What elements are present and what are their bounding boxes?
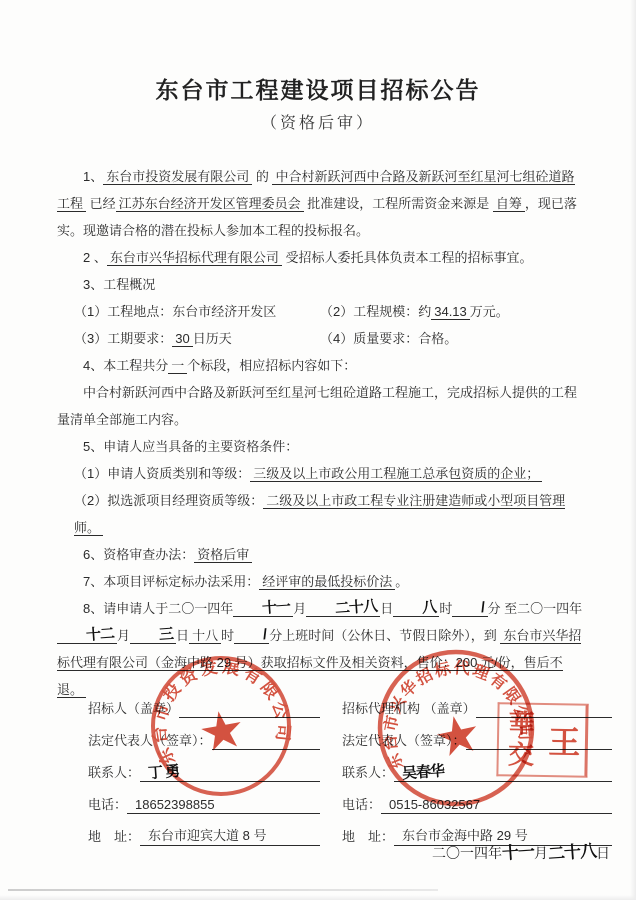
p8-text: 时 <box>221 628 234 643</box>
duration-value-fill: 30 <box>172 331 192 347</box>
p1-text: 已经 <box>86 196 116 211</box>
bidder-phone-label: 电话： <box>88 794 127 814</box>
handwritten-date-day: 二十八 <box>547 842 596 862</box>
name-seal-char: 交 <box>508 739 535 770</box>
project-duration: （3）工期要求：30日历天 <box>74 325 320 352</box>
location-label: （1）工程地点： <box>74 304 172 319</box>
handwritten-hour: 八 <box>396 600 437 618</box>
location-value: 东台市经济开发区 <box>172 304 276 319</box>
date-month-unit: 月 <box>534 845 548 861</box>
bidder-address-label: 地 址： <box>88 826 140 846</box>
scan-edge-shadow <box>0 895 636 900</box>
page-subtitle: （资格后审） <box>0 110 636 133</box>
p2-text: 受招标人委托具体负责本工程的招标事宜。 <box>282 250 533 265</box>
p8-text: 月 <box>293 601 306 616</box>
p4-text: 4、本工程共分 <box>83 358 168 373</box>
bidder-address-value: 东台市迎宾大道 8 号 <box>140 825 320 846</box>
handwritten-day: 二十八 <box>309 599 378 619</box>
personal-name-seal: 華 交 王 <box>496 702 588 778</box>
handwritten-minute: / <box>455 600 485 617</box>
end-month-fill: 十二 <box>57 628 117 644</box>
date-year: 二〇一四年 <box>432 845 502 861</box>
scale-value-fill: 34.13 <box>431 304 470 320</box>
p8-text: 8、请申请人于二〇一四年 <box>83 601 233 616</box>
scale-unit: 万元。 <box>470 304 509 319</box>
p8-text: 日 <box>380 601 393 616</box>
bidder-address-row: 地 址：东台市迎宾大道 8 号 <box>88 814 320 846</box>
paragraph-1: 1、东台市投资发展有限公司 的 中合村新跃河西中合路及新跃河至红星河七组砼道路工… <box>57 163 583 244</box>
quality-label: （4）质量要求： <box>320 331 418 346</box>
name-seal-char: 王 <box>543 705 585 776</box>
star-icon <box>434 712 481 757</box>
qualification-1-fill: 三级及以上市政公用工程施工总承包资质的企业； <box>250 466 542 482</box>
handwritten-date-month: 十一 <box>501 843 534 862</box>
start-hour-fill: 八 <box>393 601 439 617</box>
start-minute-fill: / <box>452 601 487 617</box>
project-scale: （2）工程规模：约34.13万元。 <box>320 298 583 325</box>
handwritten-month: 十二 <box>60 626 115 645</box>
qualification-1-label: （1）申请人资质类别和等级： <box>74 466 250 481</box>
p7-text: 。 <box>395 574 408 589</box>
approver-fill: 江苏东台经济开发区管理委员会 <box>116 196 304 212</box>
name-seal-char: 華 <box>508 708 535 739</box>
p8-text: 分 至二〇一四年 <box>488 601 583 616</box>
document-body: 1、东台市投资发展有限公司 的 中合村新跃河西中合路及新跃河至红星河七组砼道路工… <box>57 163 583 703</box>
svg-text:东台市投资发展有限公司: 东台市投资发展有限公司 <box>137 645 297 769</box>
duration-unit: 日历天 <box>193 331 232 346</box>
p8-text: 日 <box>176 628 189 643</box>
bidder-seal-text: 东台市投资发展有限公司 <box>137 645 297 769</box>
funds-source-fill: 自筹 <box>493 196 525 212</box>
end-day-fill: 三 <box>130 628 176 644</box>
p1-text: 的 <box>252 169 272 184</box>
review-method-label: 6、资格审查办法： <box>83 547 194 562</box>
p1-text: 批准建设，工程所需资金来源是 <box>304 196 493 211</box>
handwritten-month: 十一 <box>236 599 291 618</box>
date-day-unit: 日 <box>596 845 610 861</box>
agency-name-fill: 东台市兴华招标代理有限公司 <box>107 250 282 266</box>
scan-artifact-line <box>8 889 438 891</box>
bidder-name-fill: 东台市投资发展有限公司 <box>103 169 252 185</box>
qualification-2: （2）拟选派项目经理资质等级：二级及以上市政工程专业注册建造师或小型项目管理师。 <box>57 487 583 541</box>
paragraph-2: 2 、东台市兴华招标代理有限公司 受招标人委托具体负责本工程的招标事宜。 <box>57 244 583 271</box>
review-method-fill: 资格后审 <box>194 547 252 563</box>
star-icon <box>199 708 245 752</box>
paragraph-4-description: 中合村新跃河西中合路及新跃河至红星河七组砼道路工程施工，完成招标人提供的工程量清… <box>57 379 583 433</box>
end-hour-fill: 十八 <box>189 628 221 644</box>
paragraph-7: 7、本项目评标定标办法采用：经评审的最低投标价法。 <box>57 568 583 595</box>
evaluation-method-fill: 经评审的最低投标价法 <box>259 574 395 590</box>
bidder-contact-label: 联系人： <box>88 762 140 782</box>
project-location: （1）工程地点：东台市经济开发区 <box>74 298 320 325</box>
quality-value: 合格。 <box>418 331 457 346</box>
paragraph-6: 6、资格审查办法：资格后审 <box>57 541 583 568</box>
overview-row-2: （3）工期要求：30日历天 （4）质量要求：合格。 <box>57 325 583 352</box>
item-2-number: 2 、 <box>83 250 107 265</box>
evaluation-method-label: 7、本项目评标定标办法采用： <box>83 574 259 589</box>
section-count-fill: 一 <box>168 358 187 374</box>
item-1-number: 1、 <box>83 169 103 184</box>
scale-label: （2）工程规模：约 <box>320 304 431 319</box>
paragraph-4: 4、本工程共分一个标段，相应招标内容如下： <box>57 352 583 379</box>
qualification-1: （1）申请人资质类别和等级：三级及以上市政公用工程施工总承包资质的企业； <box>57 460 583 487</box>
scan-edge-shadow <box>630 0 636 900</box>
scanned-tender-announcement: 东台市工程建设项目招标公告 （资格后审） 1、东台市投资发展有限公司 的 中合村… <box>0 0 636 900</box>
paragraph-3-heading: 3、工程概况 <box>57 271 583 298</box>
p8-text: 时 <box>439 601 452 616</box>
p8-text: 月 <box>117 628 130 643</box>
handwritten-day: 三 <box>133 627 174 645</box>
announcement-date: 二〇一四年十一月二十八日 <box>432 843 610 863</box>
duration-label: （3）工期要求： <box>74 331 172 346</box>
p4-text: 个标段，相应招标内容如下： <box>187 358 356 373</box>
qualification-2-label: （2）拟选派项目经理资质等级： <box>74 493 263 508</box>
paragraph-5-heading: 5、申请人应当具备的主要资格条件： <box>57 433 583 460</box>
overview-row-1: （1）工程地点：东台市经济开发区 （2）工程规模：约34.13万元。 <box>57 298 583 325</box>
page-title: 东台市工程建设项目招标公告 <box>0 72 636 105</box>
start-day-fill: 二十八 <box>306 601 380 617</box>
agency-phone-label: 电话： <box>342 794 381 814</box>
project-quality: （4）质量要求：合格。 <box>320 325 583 352</box>
name-seal-left-column: 華 交 <box>498 704 544 775</box>
start-month-fill: 十一 <box>233 601 293 617</box>
bidder-company-seal: 东台市投资发展有限公司 <box>128 633 313 818</box>
